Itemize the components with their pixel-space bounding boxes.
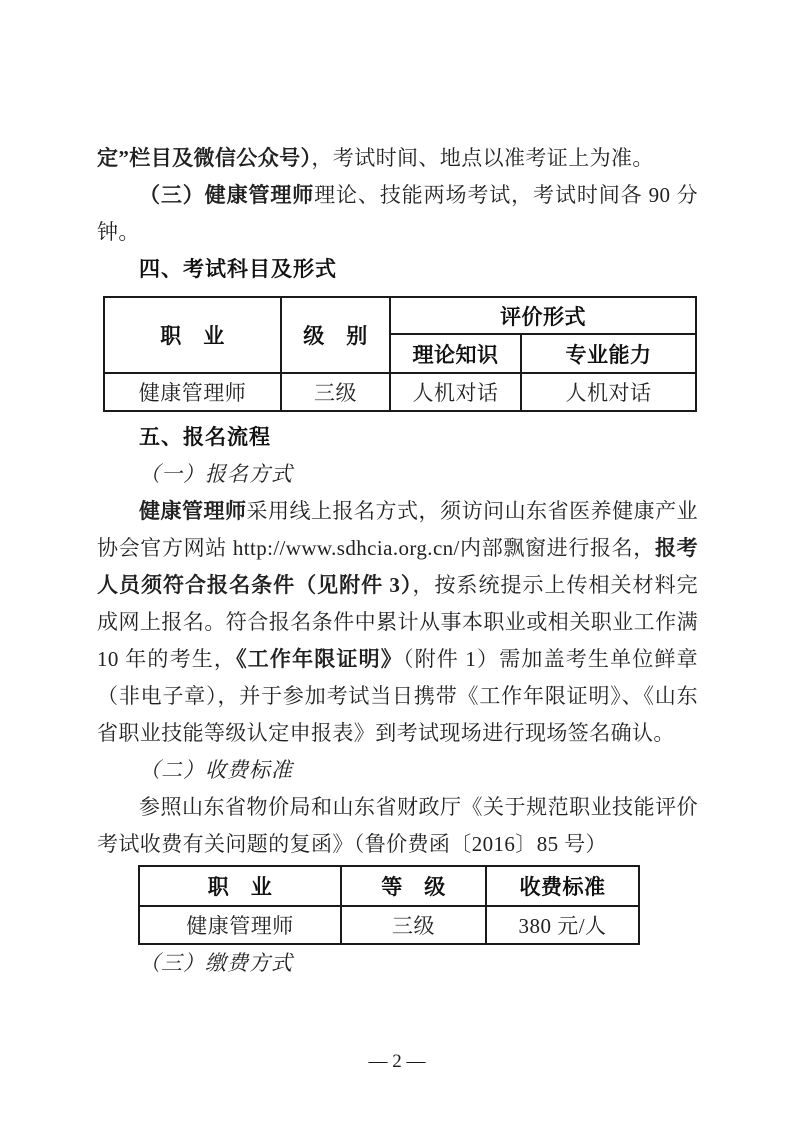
fee-table-header-standard: 收费标准	[486, 866, 639, 906]
exam-table-cell-theory: 人机对话	[390, 373, 521, 411]
exam-table-row: 健康管理师 三级 人机对话 人机对话	[104, 373, 696, 411]
exam-table-header-level: 级 别	[281, 297, 390, 373]
exam-form-table: 职 业 级 别 评价形式 理论知识 专业能力 健康管理师 三级 人机对话 人机对…	[103, 296, 697, 412]
exam-table-cell-skill: 人机对话	[521, 373, 696, 411]
subheading-registration-method: （一）报名方式	[97, 456, 698, 493]
fee-table: 职 业 等 级 收费标准 健康管理师 三级 380 元/人	[138, 865, 640, 945]
fee-table-header-grade: 等 级	[341, 866, 486, 906]
fee-table-cell-occupation: 健康管理师	[139, 906, 341, 944]
section-heading-exam-subjects: 四、考试科目及形式	[97, 251, 698, 288]
paragraph-registration: 健康管理师采用线上报名方式，须访问山东省医养健康产业协会官方网站 http://…	[97, 493, 698, 752]
exam-table-cell-occupation: 健康管理师	[104, 373, 281, 411]
fee-table-cell-grade: 三级	[341, 906, 486, 944]
fee-table-cell-fee: 380 元/人	[486, 906, 639, 944]
fee-table-row: 健康管理师 三级 380 元/人	[139, 906, 639, 944]
paragraph-continuation: 定”栏目及微信公众号），考试时间、地点以准考证上为准。	[97, 140, 698, 177]
paragraph-item-three: （三）健康管理师理论、技能两场考试，考试时间各 90 分钟。	[97, 177, 698, 251]
fee-table-header-occupation: 职 业	[139, 866, 341, 906]
page-number: — 2 —	[0, 1048, 794, 1076]
section-heading-registration-flow: 五、报名流程	[97, 419, 698, 456]
exam-table-header-theory: 理论知识	[390, 334, 521, 373]
subheading-fee-standard: （二）收费标准	[97, 752, 698, 789]
exam-table-header-occupation: 职 业	[104, 297, 281, 373]
subheading-payment-method: （三）缴费方式	[97, 945, 698, 982]
document-page-content: 定”栏目及微信公众号），考试时间、地点以准考证上为准。 （三）健康管理师理论、技…	[97, 140, 698, 982]
paragraph-fee-basis: 参照山东省物价局和山东省财政厅《关于规范职业技能评价考试收费有关问题的复函》（鲁…	[97, 789, 698, 863]
exam-table-header-eval-form: 评价形式	[390, 297, 696, 334]
exam-table-header-skill: 专业能力	[521, 334, 696, 373]
exam-table-cell-level: 三级	[281, 373, 390, 411]
